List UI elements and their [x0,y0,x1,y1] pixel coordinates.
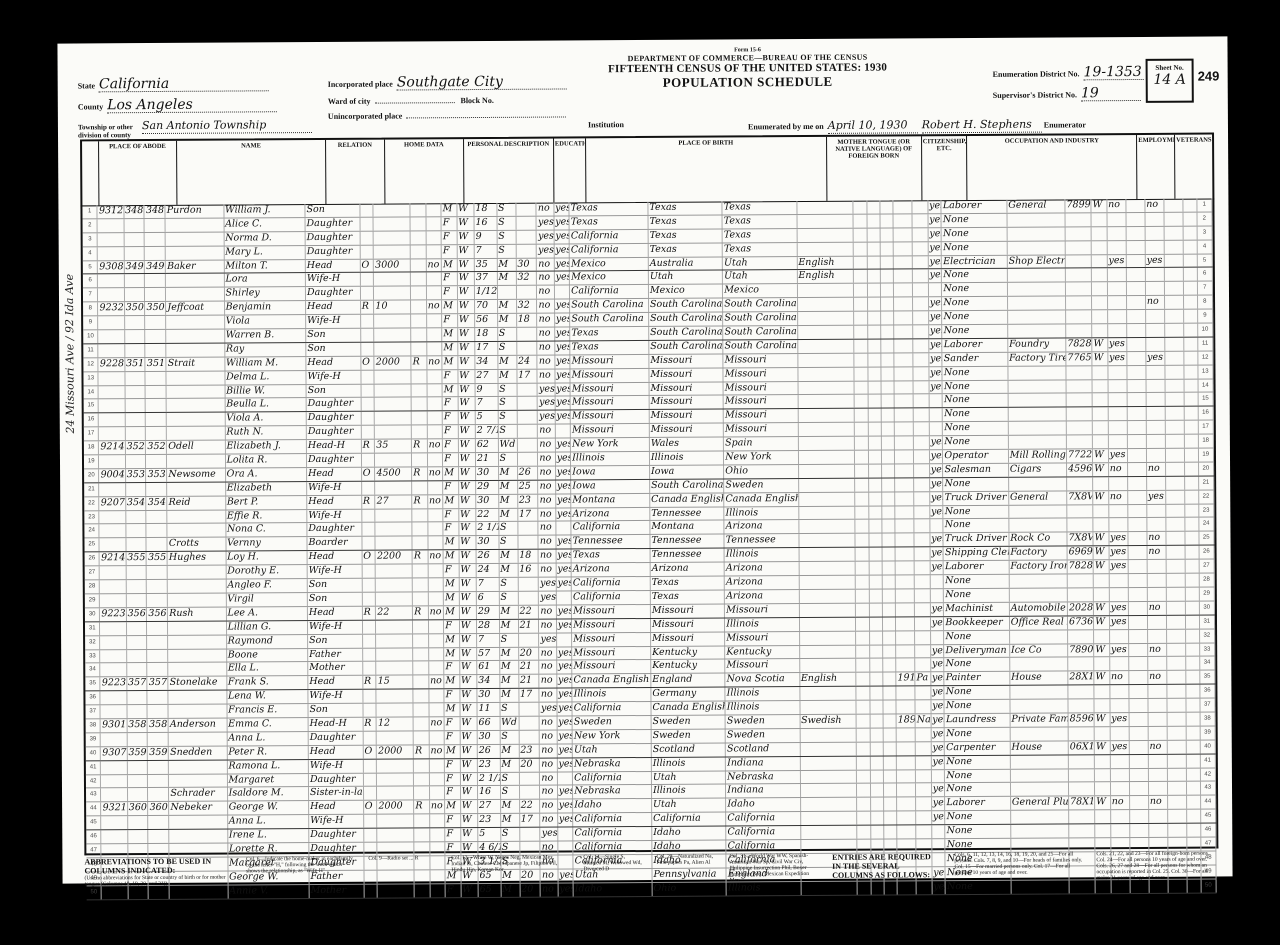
mother-tongue [800,729,857,742]
birthplace-father: South Carolina [649,299,723,312]
home-value: 2000 [377,745,414,758]
race: W [460,606,477,619]
surname [167,330,225,343]
occupation-code [1069,783,1095,796]
war [1165,365,1184,378]
line-number-right: 36 [1200,685,1216,698]
immigration-year [894,298,913,311]
birthplace-mother: Spain [724,437,798,450]
line-number: 20 [84,469,100,482]
veteran: no [1148,741,1167,754]
race: W [459,481,476,494]
home-value [375,453,412,466]
relation: Mother [308,662,363,675]
line-number: 47 [86,844,102,857]
relation: Son [308,579,363,592]
age: 7 [477,634,500,647]
class-of-worker [1093,477,1109,490]
read-write [555,286,571,299]
enumerator-label: Enumerator [1044,120,1086,129]
dwelling-number: 351 [125,358,146,371]
speaks-english: yes [930,478,944,491]
occupation: None [944,505,1009,518]
immigration-year [896,589,915,602]
race: W [458,370,475,383]
code-a [856,659,870,672]
code-b [870,701,884,714]
relation: Wife-H [308,565,363,578]
employment-line [1127,296,1146,309]
race: W [460,759,477,772]
speaks-english: yes [930,492,944,505]
birthplace-mother: Illinois [726,687,800,700]
read-write: yes [554,216,570,229]
war [1166,504,1185,517]
read-write: yes [558,814,574,827]
home-value: 3000 [374,259,411,272]
home-owned [363,662,377,675]
employment-yes-no [1109,574,1128,587]
occupation-code [1066,324,1092,337]
employment-yes-no: yes [1109,546,1128,559]
house-number: 9214 [100,552,126,565]
employment-line [1127,338,1146,351]
home-owned: R [361,301,375,314]
age: 23 [478,814,501,827]
code-a [856,631,870,644]
code-c [882,464,895,477]
code-b [871,840,885,853]
code-b [868,353,882,366]
line-number: 40 [86,747,102,760]
birthplace-person: Missouri [571,424,650,437]
race: W [458,328,475,341]
birthplace-mother: Missouri [724,368,798,381]
employment-yes-no [1107,213,1126,226]
immigration-year [897,825,916,838]
farm-schedule [1185,435,1199,448]
occupation-code: 7828 [1068,560,1094,573]
given-name: Irene L. [228,829,309,842]
war [1167,588,1186,601]
race: W [459,453,476,466]
veteran [1149,768,1168,781]
family-number [147,538,168,551]
class-of-worker: W [1094,546,1110,559]
industry: Private Family [1010,713,1068,726]
sex: F [445,689,461,702]
farm-schedule [1184,393,1198,406]
radio-set [411,231,427,244]
employment-yes-no [1110,727,1129,740]
code-b [869,464,883,477]
employment-line [1127,310,1146,323]
employment-yes-no [1107,227,1126,240]
read-write: yes [554,244,570,257]
house-number: 9312 [98,205,124,218]
occupation: None [945,686,1010,699]
veteran [1149,879,1168,892]
relation: Son [308,704,363,717]
war [1167,699,1186,712]
read-write: yes [554,258,570,271]
employment-line [1128,477,1147,490]
naturalization [917,881,933,894]
immigration-year [895,423,914,436]
line-number-right: 35 [1200,671,1216,684]
race: W [461,786,478,799]
farm-schedule [1185,490,1199,503]
race: W [459,509,476,522]
farm-schedule [1187,824,1201,837]
dwelling-number [126,455,147,468]
age-first-marriage: 17 [518,508,539,521]
surname [167,343,225,356]
state-value: California [99,76,269,92]
age-first-marriage [519,703,540,716]
family-number [149,886,170,899]
veteran: yes [1146,254,1165,267]
marital: S [498,383,517,396]
line-number: 14 [84,386,100,399]
marital: M [497,258,516,271]
code-c [881,256,894,269]
naturalization [913,242,929,255]
speaks-english: yes [929,353,943,366]
birthplace-person: California [574,841,653,854]
code-b [870,756,884,769]
farm-schedule [1184,254,1198,267]
birthplace-father: Illinois [652,757,726,770]
veteran [1148,629,1167,642]
line-number-right: 44 [1201,796,1217,809]
code-c [884,728,897,741]
given-name: Anna L. [227,732,308,745]
read-write: yes [557,744,573,757]
industry [1010,699,1068,712]
class-of-worker [1092,324,1108,337]
speaks-english: yes [930,450,944,463]
code-c [883,603,896,616]
occupation: Bookkeeper [944,616,1009,629]
radio-set [414,703,430,716]
census-entries: 19312348348PurdonWilliam J.SonMW18Snoyes… [80,199,1218,856]
race: W [458,356,475,369]
birthplace-person: Mexico [570,258,649,271]
employment-yes-no [1111,782,1130,795]
class-of-worker [1092,255,1108,268]
line-number: 10 [83,330,99,343]
speaks-english [929,284,943,297]
farm [430,842,446,855]
home-owned [361,426,375,439]
war [1167,574,1186,587]
farm [427,425,443,438]
code-b [871,784,885,797]
house-number [99,427,125,440]
school: yes [540,703,557,716]
radio-set [411,301,427,314]
occupation: None [943,325,1008,338]
home-value [378,884,415,897]
race: W [457,203,474,216]
birthplace-person: Missouri [572,646,651,659]
birthplace-mother: California [727,840,801,853]
occupation-code: 8596 [1069,713,1095,726]
race: W [460,675,477,688]
occupation: None [946,839,1011,852]
birthplace-mother: Nebraska [726,771,800,784]
family-number [147,580,168,593]
home-value [376,634,413,647]
school: yes [538,383,555,396]
house-number [98,289,124,302]
age: 7 [477,578,500,591]
family-number: 348 [145,205,166,218]
dwelling-number: 348 [124,205,145,218]
immigration-year [897,812,916,825]
birthplace-mother: Ohio [724,465,798,478]
age-first-marriage [516,217,537,230]
industry: Cigars [1009,463,1067,476]
mother-tongue [801,881,858,894]
veteran: no [1147,546,1166,559]
birthplace-father: South Carolina [650,479,724,492]
family-number [146,399,167,412]
school: no [537,258,554,271]
surname [167,371,225,384]
race: W [461,884,478,897]
birthplace-mother: Nova Scotia [726,673,800,686]
home-value [377,731,414,744]
dwelling-number [127,650,148,663]
relation: Wife-H [306,273,361,286]
mother-tongue [798,326,855,339]
age: 27 [478,800,501,813]
home-value [375,384,412,397]
home-value [375,328,412,341]
state-label: State [78,81,95,90]
birthplace-father: Missouri [649,368,723,381]
marital: S [498,342,517,355]
code-b [867,228,881,241]
occupation-code [1068,685,1094,698]
code-a [857,812,871,825]
line-number: 26 [85,553,101,566]
class-of-worker: W [1095,741,1111,754]
farm-schedule [1187,754,1201,767]
family-number [145,247,166,260]
code-a [857,742,871,755]
code-a [855,465,869,478]
given-name: Viola A. [225,412,306,425]
relation: Father [308,648,363,661]
code-c [884,742,897,755]
veteran [1149,754,1168,767]
code-c [883,617,896,630]
read-write: yes [555,369,571,382]
industry: House [1010,741,1068,754]
house-number: 9321 [102,802,128,815]
radio-set [414,731,430,744]
immigration-year [894,256,913,269]
code-b [869,506,883,519]
surname [166,274,224,287]
county-value: Los Angeles [107,97,277,113]
veteran [1145,240,1164,253]
line-number: 21 [84,483,100,496]
class-of-worker [1092,310,1108,323]
line-number: 44 [86,803,102,816]
house-number [100,511,126,524]
birthplace-father: Missouri [649,354,723,367]
employment-line [1127,407,1146,420]
school: no [538,425,555,438]
war [1167,629,1186,642]
birthplace-mother: Mexico [723,284,797,297]
farm-schedule [1185,504,1199,517]
war [1166,435,1185,448]
employment-line [1130,796,1149,809]
employment-line [1128,518,1147,531]
race: W [458,314,475,327]
family-number: 357 [148,677,169,690]
naturalization [915,589,931,602]
radio-set: R [412,356,428,369]
veteran [1146,282,1165,295]
farm [428,564,444,577]
immigration-year [894,284,913,297]
code-b [870,728,884,741]
mother-tongue [800,631,857,644]
code-b [870,617,884,630]
age-first-marriage: 23 [518,494,539,507]
employment-line [1129,713,1148,726]
school: no [540,647,557,660]
school: no [537,203,554,216]
class-of-worker: W [1092,338,1108,351]
dwelling-number [127,663,148,676]
radio-set: R [412,467,428,480]
mother-tongue [801,840,858,853]
naturalization [915,617,931,630]
immigration-year [897,700,916,713]
home-value [374,287,411,300]
occupation-code [1066,255,1092,268]
occupation-code [1066,269,1092,282]
birthplace-father: Scotland [652,743,726,756]
family-number: 354 [147,497,168,510]
birthplace-father: Utah [652,799,726,812]
surname: Crotts [168,538,226,551]
birthplace-father: Canada English [651,702,725,715]
code-b [869,520,883,533]
naturalization [914,436,930,449]
given-name: Norma D. [224,232,305,245]
radio-set [414,773,430,786]
war [1165,324,1184,337]
radio-set [413,648,429,661]
birthplace-person: Missouri [571,369,650,382]
farm-schedule [1187,782,1201,795]
birthplace-person: Utah [573,744,652,757]
given-name: Dorothy E. [226,565,307,578]
class-of-worker: W [1094,616,1110,629]
dwelling-number [127,622,148,635]
code-c [881,242,894,255]
family-number [147,622,168,635]
given-name: Peter R. [227,746,308,759]
line-number-right: 17 [1198,421,1214,434]
relation: Head [308,551,363,564]
surname: Jeffcoat [166,302,224,315]
industry [1011,769,1069,782]
line-number: 42 [86,775,102,788]
naturalization [914,367,930,380]
sheet-number-box: Sheet No. 14 A [1146,59,1194,103]
employment-line [1127,366,1146,379]
age-first-marriage [517,383,538,396]
birthplace-mother: South Carolina [723,312,797,325]
race: W [459,523,476,536]
birthplace-father: Sweden [651,715,725,728]
age-first-marriage [517,397,538,410]
speaks-english: yes [928,200,942,213]
age-first-marriage: 20 [519,647,540,660]
mother-tongue [798,367,855,380]
family-number [148,733,169,746]
line-number-right: 38 [1200,712,1216,725]
code-b [871,812,885,825]
age-first-marriage: 32 [517,300,538,313]
sex: M [444,578,460,591]
veteran [1148,616,1167,629]
line-number-right: 3 [1197,226,1213,239]
race: W [457,259,474,272]
speaks-english: yes [928,228,942,241]
given-name: Raymond [227,635,308,648]
line-number: 2 [83,219,99,232]
speaks-english [930,589,944,602]
sex: F [445,814,461,827]
age: 34 [475,356,498,369]
birthplace-father: Illinois [652,785,726,798]
birthplace-mother: Texas [723,229,797,242]
birthplace-father: Kentucky [651,646,725,659]
school: no [538,314,555,327]
race: W [459,564,476,577]
age-first-marriage [518,536,539,549]
age-first-marriage [517,439,538,452]
given-name: Billie W. [225,385,306,398]
age-first-marriage [518,522,539,535]
naturalization [915,548,931,561]
occupation-code: 7X8V [1067,533,1093,546]
age: 18 [474,203,497,216]
immigration-year [895,464,914,477]
farm [427,287,443,300]
class-of-worker: W [1093,449,1109,462]
farm [428,537,444,550]
given-name: Alice C. [224,218,305,231]
veteran [1148,699,1167,712]
farm-schedule [1187,768,1201,781]
mother-tongue [798,395,855,408]
speaks-english: yes [928,256,942,269]
given-name: Ruth N. [225,426,306,439]
surname [169,663,227,676]
farm [427,384,443,397]
